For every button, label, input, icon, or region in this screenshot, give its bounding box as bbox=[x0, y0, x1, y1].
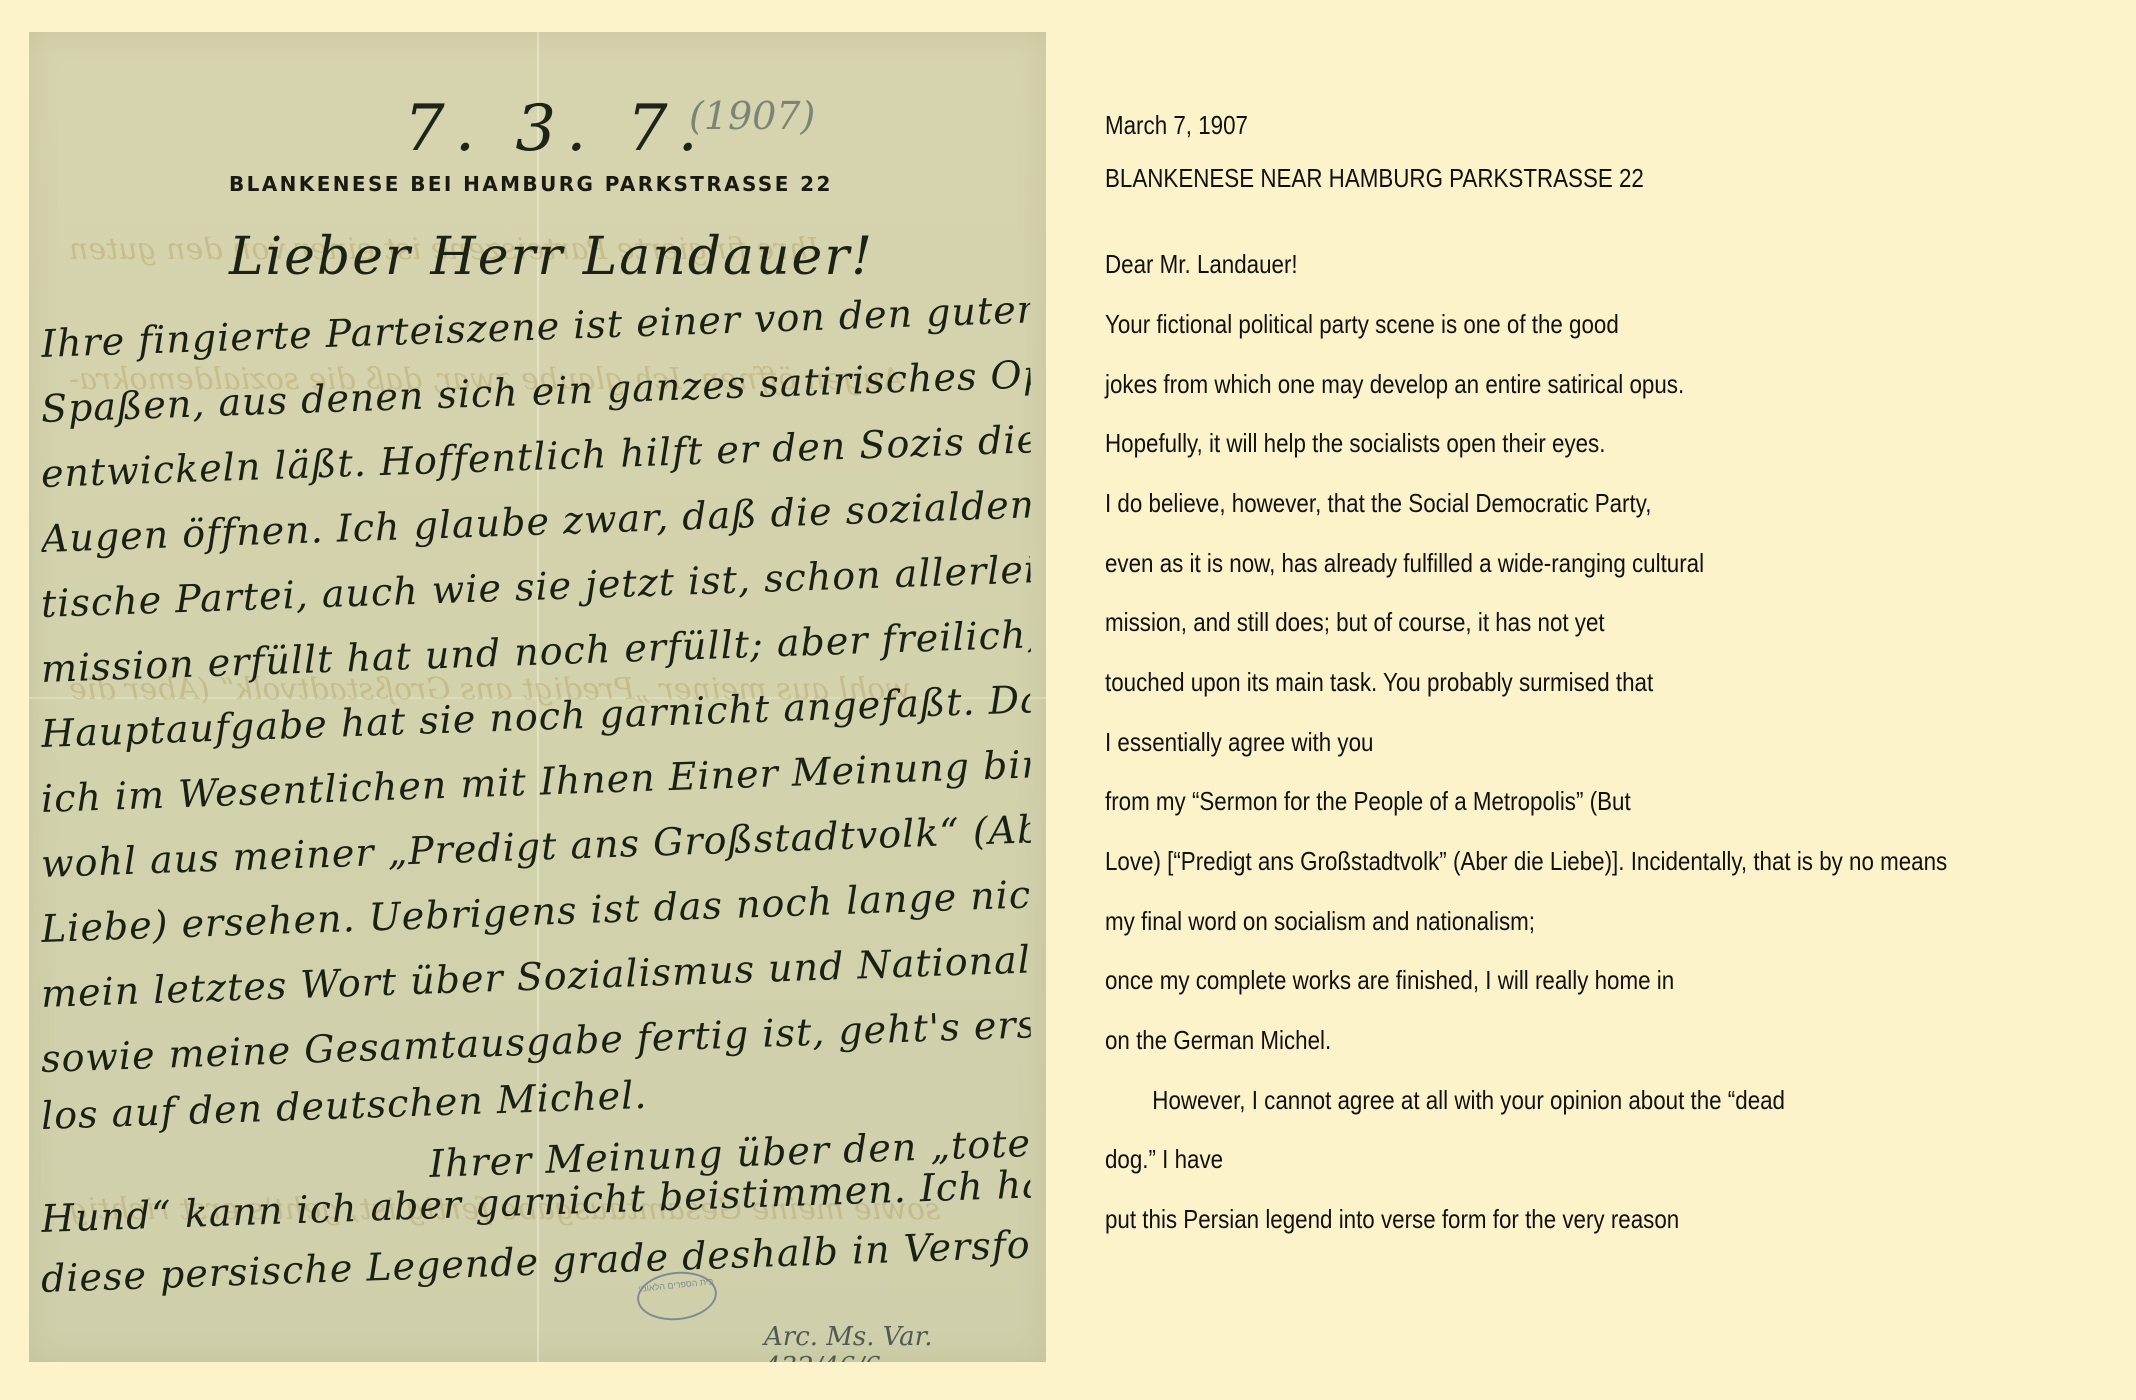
handwritten-line: Augen öffnen. Ich glaube zwar, daß die s… bbox=[40, 482, 1031, 561]
translation-line: put this Persian legend into verse form … bbox=[1105, 1204, 1679, 1235]
year-annotation: (1907) bbox=[689, 94, 815, 138]
translation-line: from my “Sermon for the People of a Metr… bbox=[1105, 786, 1631, 817]
translation-line: on the German Michel. bbox=[1105, 1025, 1331, 1056]
translation-date: March 7, 1907 bbox=[1105, 110, 1248, 141]
translation-address: BLANKENESE NEAR HAMBURG PARKSTRASSE 22 bbox=[1105, 163, 1644, 194]
translation-line: touched upon its main task. You probably… bbox=[1105, 667, 1653, 698]
printed-letterhead: BLANKENESE BEI HAMBURG PARKSTRASSE 22 bbox=[229, 172, 833, 196]
translation-line: Hopefully, it will help the socialists o… bbox=[1105, 428, 1605, 459]
translation-line: my final word on socialism and nationali… bbox=[1105, 906, 1535, 937]
handwritten-salutation: Lieber Herr Landauer! bbox=[229, 227, 874, 287]
handwritten-line: Liebe) ersehen. Uebrigens ist das noch l… bbox=[40, 872, 1031, 951]
translation-line: even as it is now, has already fulfilled… bbox=[1105, 548, 1704, 579]
handwritten-line: tische Partei, auch wie sie jetzt ist, s… bbox=[40, 547, 1031, 626]
handwritten-line: ich im Wesentlichen mit Ihnen Einer Mein… bbox=[40, 742, 1031, 821]
handwritten-date: 7. 3. 7. bbox=[404, 92, 708, 166]
handwritten-line: mein letztes Wort über Sozialismus und N… bbox=[40, 937, 1031, 1016]
translation-line: I essentially agree with you bbox=[1105, 727, 1373, 758]
translation-salutation: Dear Mr. Landauer! bbox=[1105, 249, 1298, 280]
translation-line: Love) [“Predigt ans Großstadtvolk” (Aber… bbox=[1105, 846, 1947, 877]
handwritten-line: wohl aus meiner „Predigt ans Großstadtvo… bbox=[40, 807, 1031, 886]
translation-line: jokes from which one may develop an enti… bbox=[1105, 369, 1684, 400]
letter-scan-image: Ihre fingierte Parteiszene ist einer von… bbox=[29, 32, 1046, 1362]
handwritten-line: entwickeln läßt. Hoffentlich hilft er de… bbox=[40, 417, 1031, 496]
translation-line: mission, and still does; but of course, … bbox=[1105, 607, 1605, 638]
translation-line: However, I cannot agree at all with your… bbox=[1105, 1085, 1785, 1116]
translation-line: once my complete works are finished, I w… bbox=[1105, 965, 1674, 996]
archive-number: Arc. Ms. Var. 432/46/6 bbox=[764, 1322, 1046, 1362]
translation-line: dog.” I have bbox=[1105, 1144, 1223, 1175]
translation-line: Your fictional political party scene is … bbox=[1105, 309, 1619, 340]
handwritten-line: Ihre fingierte Parteiszene ist einer von… bbox=[40, 287, 1031, 366]
translation-line: I do believe, however, that the Social D… bbox=[1105, 488, 1651, 519]
